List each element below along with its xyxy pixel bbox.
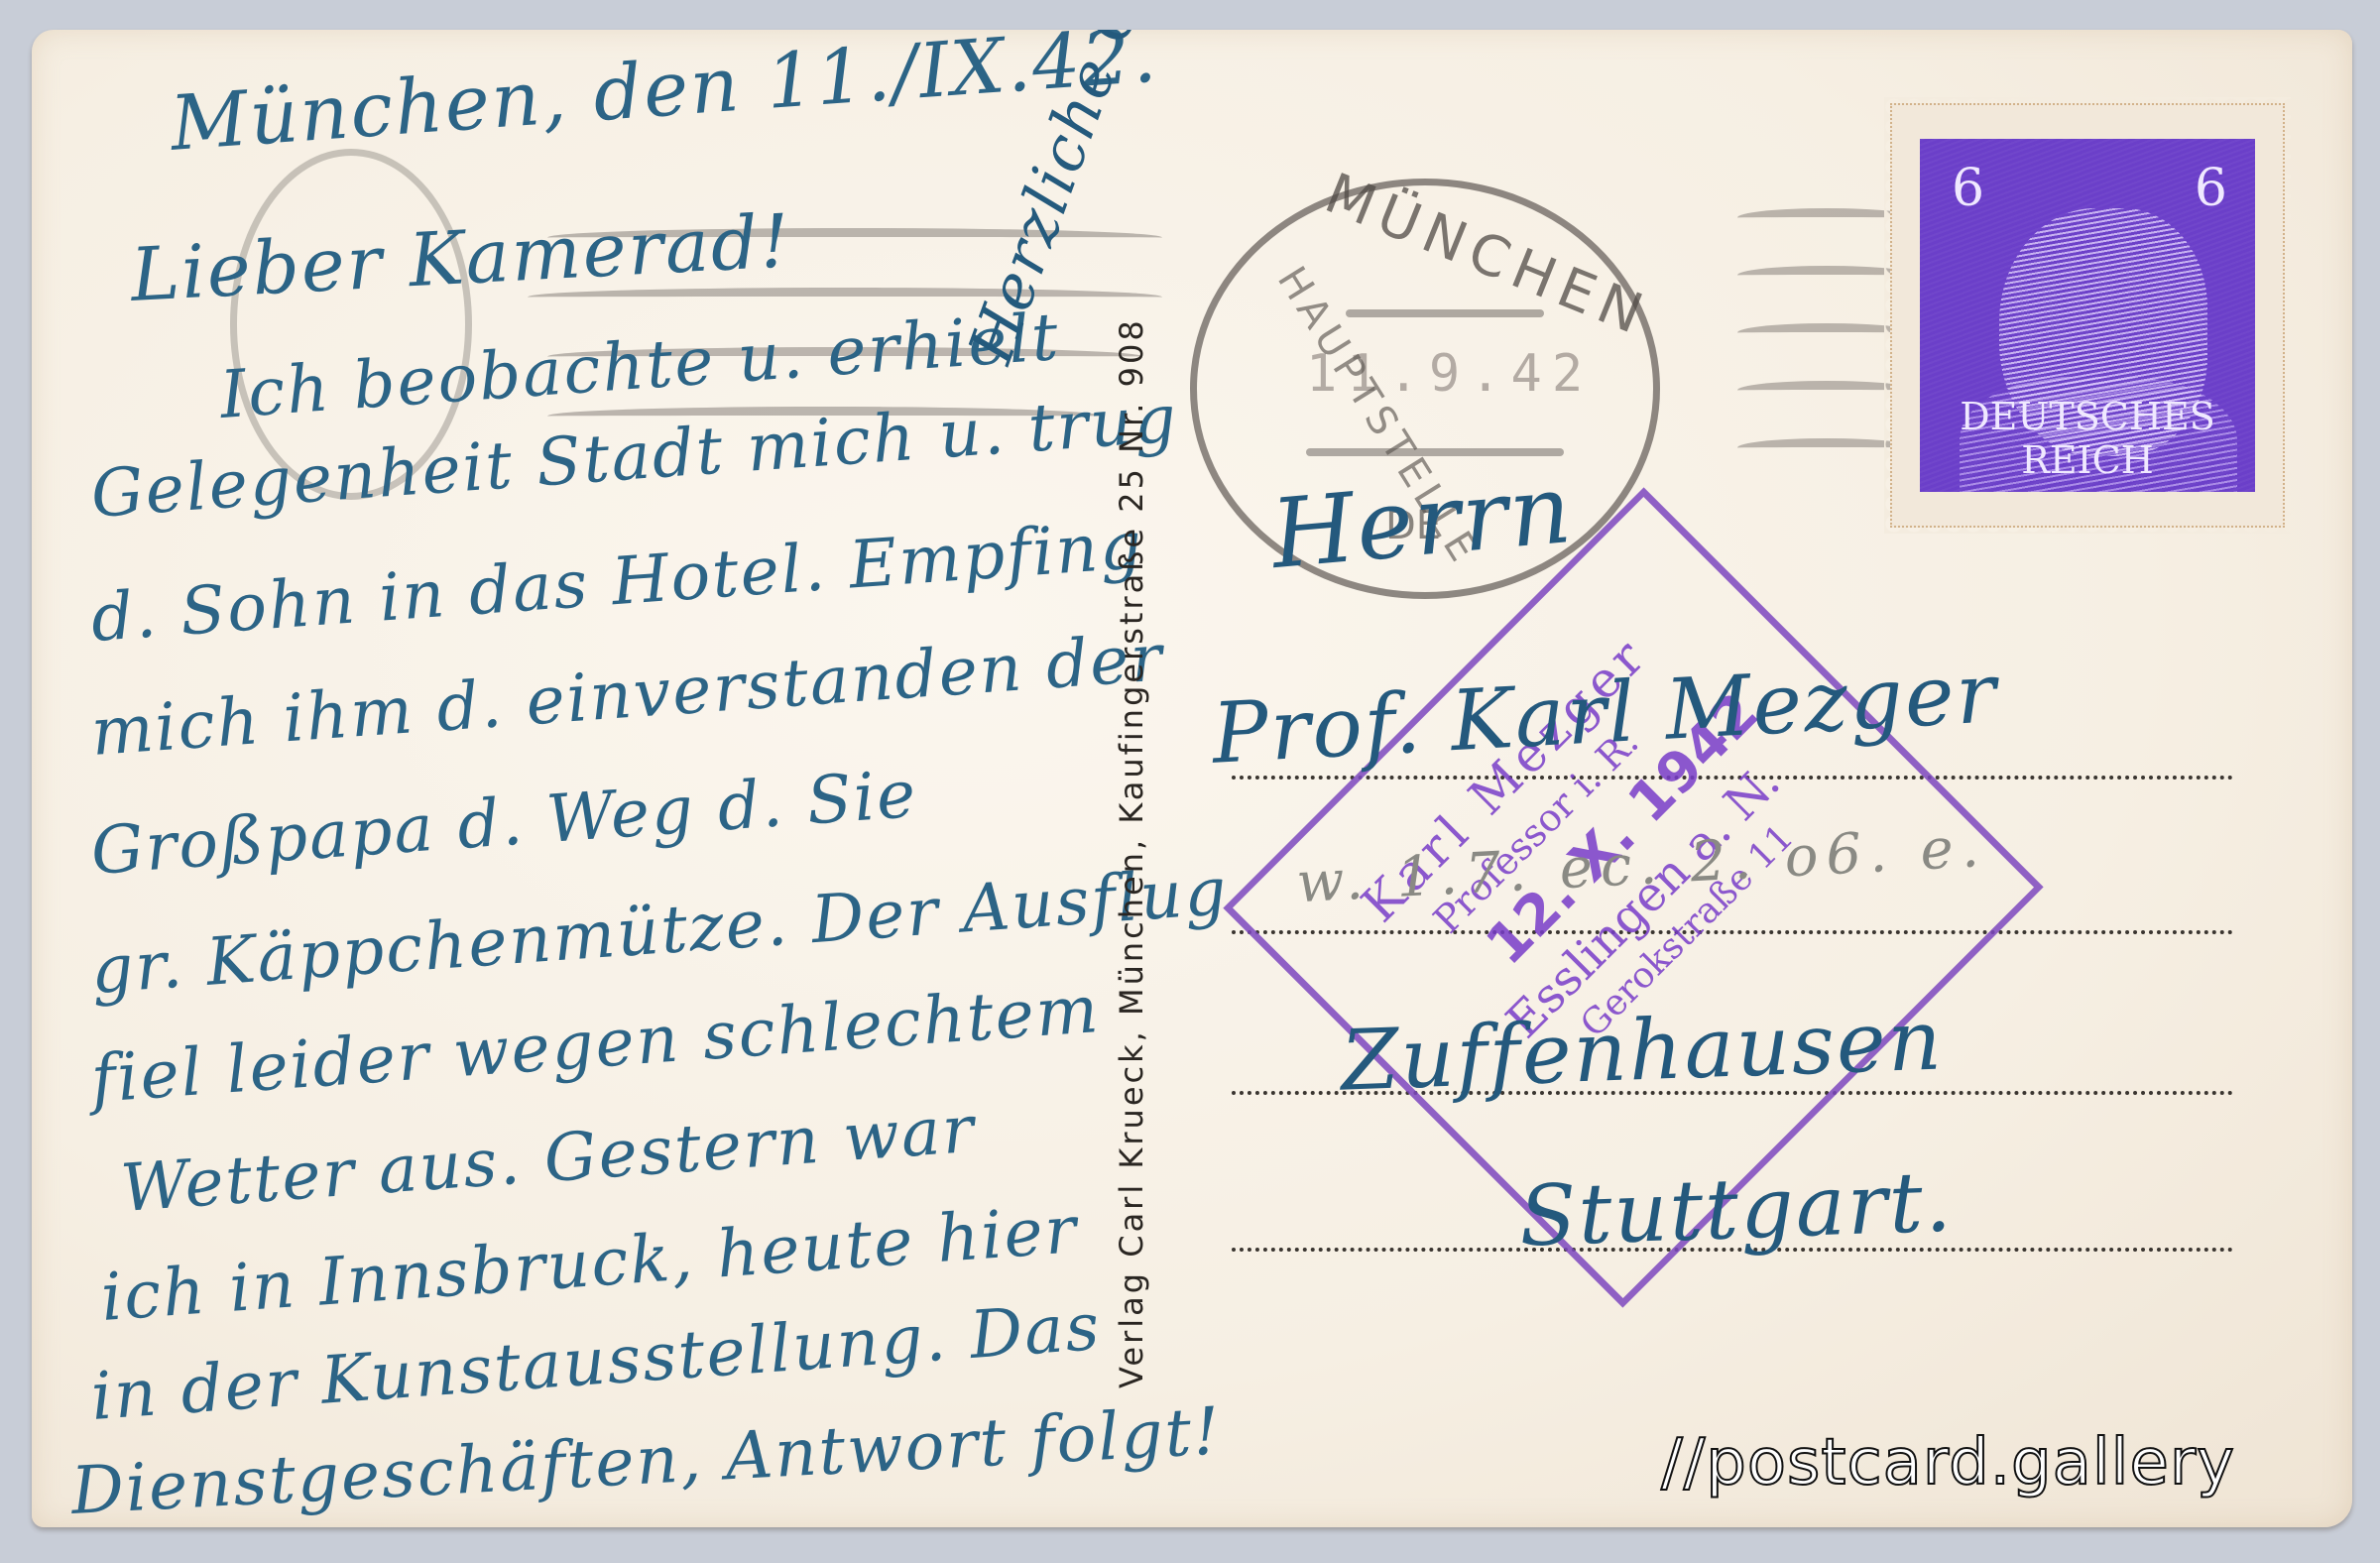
stamp-value-left: 6 (1952, 159, 1984, 218)
stamp-face: 6 6 DEUTSCHES REICH (1920, 139, 2255, 492)
watermark: //postcard.gallery (1661, 1426, 2235, 1500)
message-dateline: München, den 11./IX.42. (168, 30, 1161, 168)
stamp-country: DEUTSCHES REICH (1920, 395, 2255, 482)
publisher-imprint: Verlag Carl Krueck, München, Kaufingerst… (1113, 317, 1150, 1388)
watermark-text: postcard.gallery (1706, 1426, 2235, 1500)
address-line-city: Stuttgart. (1517, 1152, 1955, 1264)
postage-stamp: 6 6 DEUTSCHES REICH (1884, 97, 2291, 534)
stamp-value-right: 6 (2195, 159, 2227, 218)
postmark-bar (1346, 309, 1544, 317)
postmark-city: MÜNCHEN (1316, 162, 1658, 350)
message-line: Großpapa d. Weg d. Sie (88, 756, 919, 890)
postmark-bar (1306, 448, 1564, 456)
postcard: München, den 11./IX.42. Lieber Kamerad! … (32, 30, 2352, 1527)
watermark-prefix: // (1661, 1426, 1706, 1500)
